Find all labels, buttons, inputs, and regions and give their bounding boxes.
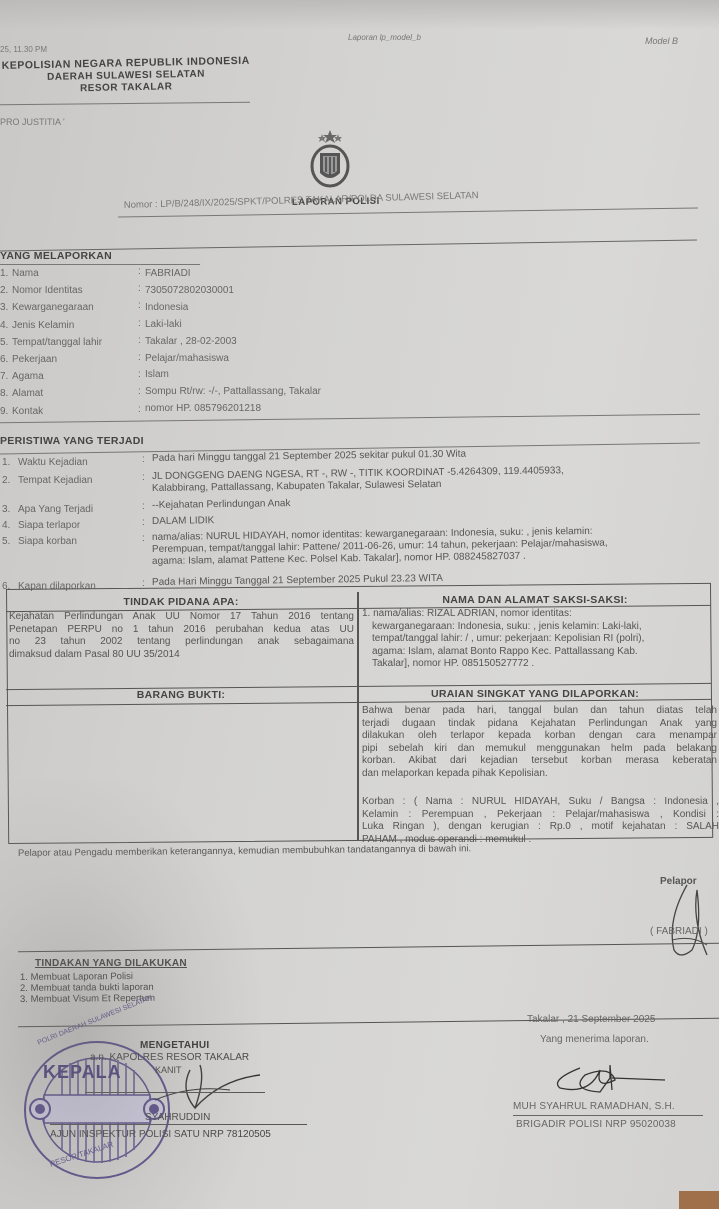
field-number: 8. [0, 388, 8, 399]
reporter-section-title: YANG MELAPORKAN [0, 250, 112, 262]
field-separator: : [138, 335, 141, 346]
text-line: agama: Islam, alamat Bonto Rappo Kec. Pa… [362, 646, 710, 659]
receiver-rank: BRIGADIR POLISI NRP 95020038 [516, 1119, 676, 1130]
field-value: Islam [145, 369, 169, 380]
incident-label: Siapa terlapor [18, 520, 80, 531]
field-number: 2. [0, 285, 8, 296]
field-separator: : [138, 352, 141, 363]
incident-separator: : [142, 517, 145, 528]
text-line: terjadi dugaan tindak pidana Kejahatan P… [362, 718, 717, 731]
acknowledge-rank: AJUN INSPEKTUR POLISI SATU NRP 78120505 [50, 1129, 271, 1140]
report-rule-top [118, 207, 698, 217]
incident-label: Tempat Kejadian [18, 475, 93, 486]
text-line: dimaksud dalam Pasal 80 UU 35/2014 [9, 649, 354, 662]
incident-number: 4. [2, 520, 10, 531]
text-line: kewarganegaraan: Indonesia, suku: , jeni… [362, 621, 710, 634]
text-line: korban. Akibat dari kejadian tersebut ko… [362, 755, 717, 768]
model-label: Model B [645, 36, 678, 46]
table-divider [357, 592, 359, 840]
incident-label: Apa Yang Terjadi [18, 504, 93, 515]
incident-section-title: PERISTIWA YANG TERJADI [0, 435, 144, 447]
receiver-rule [513, 1115, 703, 1116]
field-label: Kewarganegaraan [12, 302, 94, 313]
acknowledge-signature-icon [150, 1060, 270, 1115]
closing-statement: Pelapor atau Pengadu memberikan keterang… [18, 843, 471, 859]
field-value: 7305072802030001 [145, 285, 234, 296]
text-line: dilakukan oleh terlapor kepada korban de… [362, 730, 717, 743]
incident-separator: : [142, 533, 145, 544]
acknowledge-title: MENGETAHUI [140, 1040, 209, 1051]
field-label: Jenis Kelamin [12, 320, 74, 331]
incident-separator: : [142, 501, 145, 512]
field-value: FABRIADI [145, 268, 191, 279]
place-date: Takalar , 21 September 2025 [527, 1014, 655, 1025]
field-number: 7. [0, 371, 8, 382]
field-number: 3. [0, 302, 8, 313]
incident-number: 3. [2, 504, 10, 515]
crime-title: TINDAK PIDANA APA: [6, 596, 356, 608]
field-separator: : [138, 266, 141, 277]
text-line: dan melaporkan kepada pihak Kepolisian. [362, 768, 717, 781]
summary-description: Bahwa benar pada hari, tanggal bulan dan… [362, 705, 717, 781]
incident-number: 1. [2, 457, 10, 468]
summary-title: URAIAN SINGKAT YANG DILAPORKAN: [360, 688, 710, 700]
incident-separator: : [142, 472, 145, 483]
table-surface [679, 1191, 719, 1209]
police-emblem-icon [305, 128, 355, 188]
field-number: 9. [0, 406, 8, 417]
field-separator: : [138, 404, 141, 415]
field-number: 1. [0, 268, 8, 279]
field-value: nomor HP. 085796201218 [145, 403, 261, 414]
field-label: Agama [12, 371, 44, 382]
text-line: no 23 tahun 2002 tentang perlindungan an… [9, 636, 354, 649]
field-separator: : [138, 369, 141, 380]
receiver-signature-icon [540, 1060, 670, 1100]
incident-number: 2. [2, 475, 10, 486]
acknowledge-rule-2 [50, 1124, 307, 1125]
field-label: Tempat/tanggal lahir [12, 337, 102, 348]
incident-label: Waktu Kejadian [18, 457, 88, 468]
evidence-title: BARANG BUKTI: [6, 689, 356, 701]
print-time: 25, 11.30 PM [0, 45, 47, 54]
field-value: Pelajar/mahasiswa [145, 353, 229, 364]
incident-label: Siapa korban [18, 536, 77, 547]
victim-description: Korban : ( Nama : NURUL HIDAYAH, Suku / … [362, 796, 719, 846]
witness-title: NAMA DAN ALAMAT SAKSI-SAKSI: [360, 594, 710, 606]
field-label: Pekerjaan [12, 354, 57, 365]
field-label: Nama [12, 268, 39, 279]
incident-value-line: DALAM LIDIK [152, 515, 214, 527]
text-line: Kejahatan Perlindungan Anak UU Nomor 17 … [9, 611, 354, 624]
incident-separator: : [142, 454, 145, 465]
acknowledge-name: SYAHRUDDIN [145, 1112, 210, 1123]
closing-rule [18, 943, 719, 953]
reporter-bottom-rule [0, 414, 700, 424]
incident-value-line: --Kejahatan Perlindungan Anak [152, 498, 291, 511]
field-value: Indonesia [145, 302, 188, 313]
crime-description: Kejahatan Perlindungan Anak UU Nomor 17 … [9, 611, 354, 661]
text-line: 1. nama/alias: RIZAL ADRIAN, nomor ident… [362, 608, 710, 621]
text-line: Takalar], nomor HP. 085150527772 . [362, 658, 710, 671]
header-rule [0, 102, 250, 106]
field-separator: : [138, 300, 141, 311]
field-separator: : [138, 318, 141, 329]
acknowledge-rule-1 [85, 1092, 265, 1093]
text-line: Korban : ( Nama : NURUL HIDAYAH, Suku / … [362, 796, 719, 809]
field-number: 4. [0, 320, 8, 331]
text-line: pipi sebelah kiri dan memukul menggunaka… [362, 743, 717, 756]
field-number: 6. [0, 354, 8, 365]
field-value: Sompu Rt/rw: -/-, Pattallassang, Takalar [145, 386, 321, 397]
field-label: Nomor Identitas [12, 285, 83, 296]
stamp-center-text: KEPALA [43, 1062, 122, 1083]
receiver-label: Yang menerima laporan. [540, 1034, 649, 1045]
field-value: Takalar , 28-02-2003 [145, 336, 237, 347]
actions-title: TINDAKAN YANG DILAKUKAN [35, 958, 187, 969]
reporter-rule [0, 264, 200, 265]
pro-justitia: PRO JUSTITIA ' [0, 117, 65, 127]
text-line: Kelamin : Perempuan , Pekerjaan : Pelaja… [362, 809, 719, 822]
field-value: Laki-laki [145, 319, 182, 330]
receiver-name: MUH SYAHRUL RAMADHAN, S.H. [513, 1101, 675, 1112]
field-number: 5. [0, 337, 8, 348]
witness-description: 1. nama/alias: RIZAL ADRIAN, nomor ident… [362, 608, 710, 671]
field-separator: : [138, 386, 141, 397]
text-line: Luka Ringan ), dengan kerugian : Rp.0 , … [362, 821, 719, 834]
field-label: Kontak [12, 406, 43, 417]
field-label: Alamat [12, 388, 43, 399]
text-line: tempat/tanggal lahir: / , umur: pekerjaa… [362, 633, 710, 646]
form-title: Laporan lp_model_b [348, 33, 421, 42]
reporter-sign-name: ( FABRIADI ) [650, 926, 708, 937]
photo-shadow [0, 0, 719, 30]
reporter-signature-icon [662, 880, 712, 970]
incident-number: 5. [2, 536, 10, 547]
org-header: KEPOLISIAN NEGARA REPUBLIK INDONESIA DAE… [0, 55, 256, 96]
text-line: Bahwa benar pada hari, tanggal bulan dan… [362, 705, 717, 718]
text-line: Penetapan PERPU no 1 tahun 2016 perubaha… [9, 624, 354, 637]
field-separator: : [138, 283, 141, 294]
